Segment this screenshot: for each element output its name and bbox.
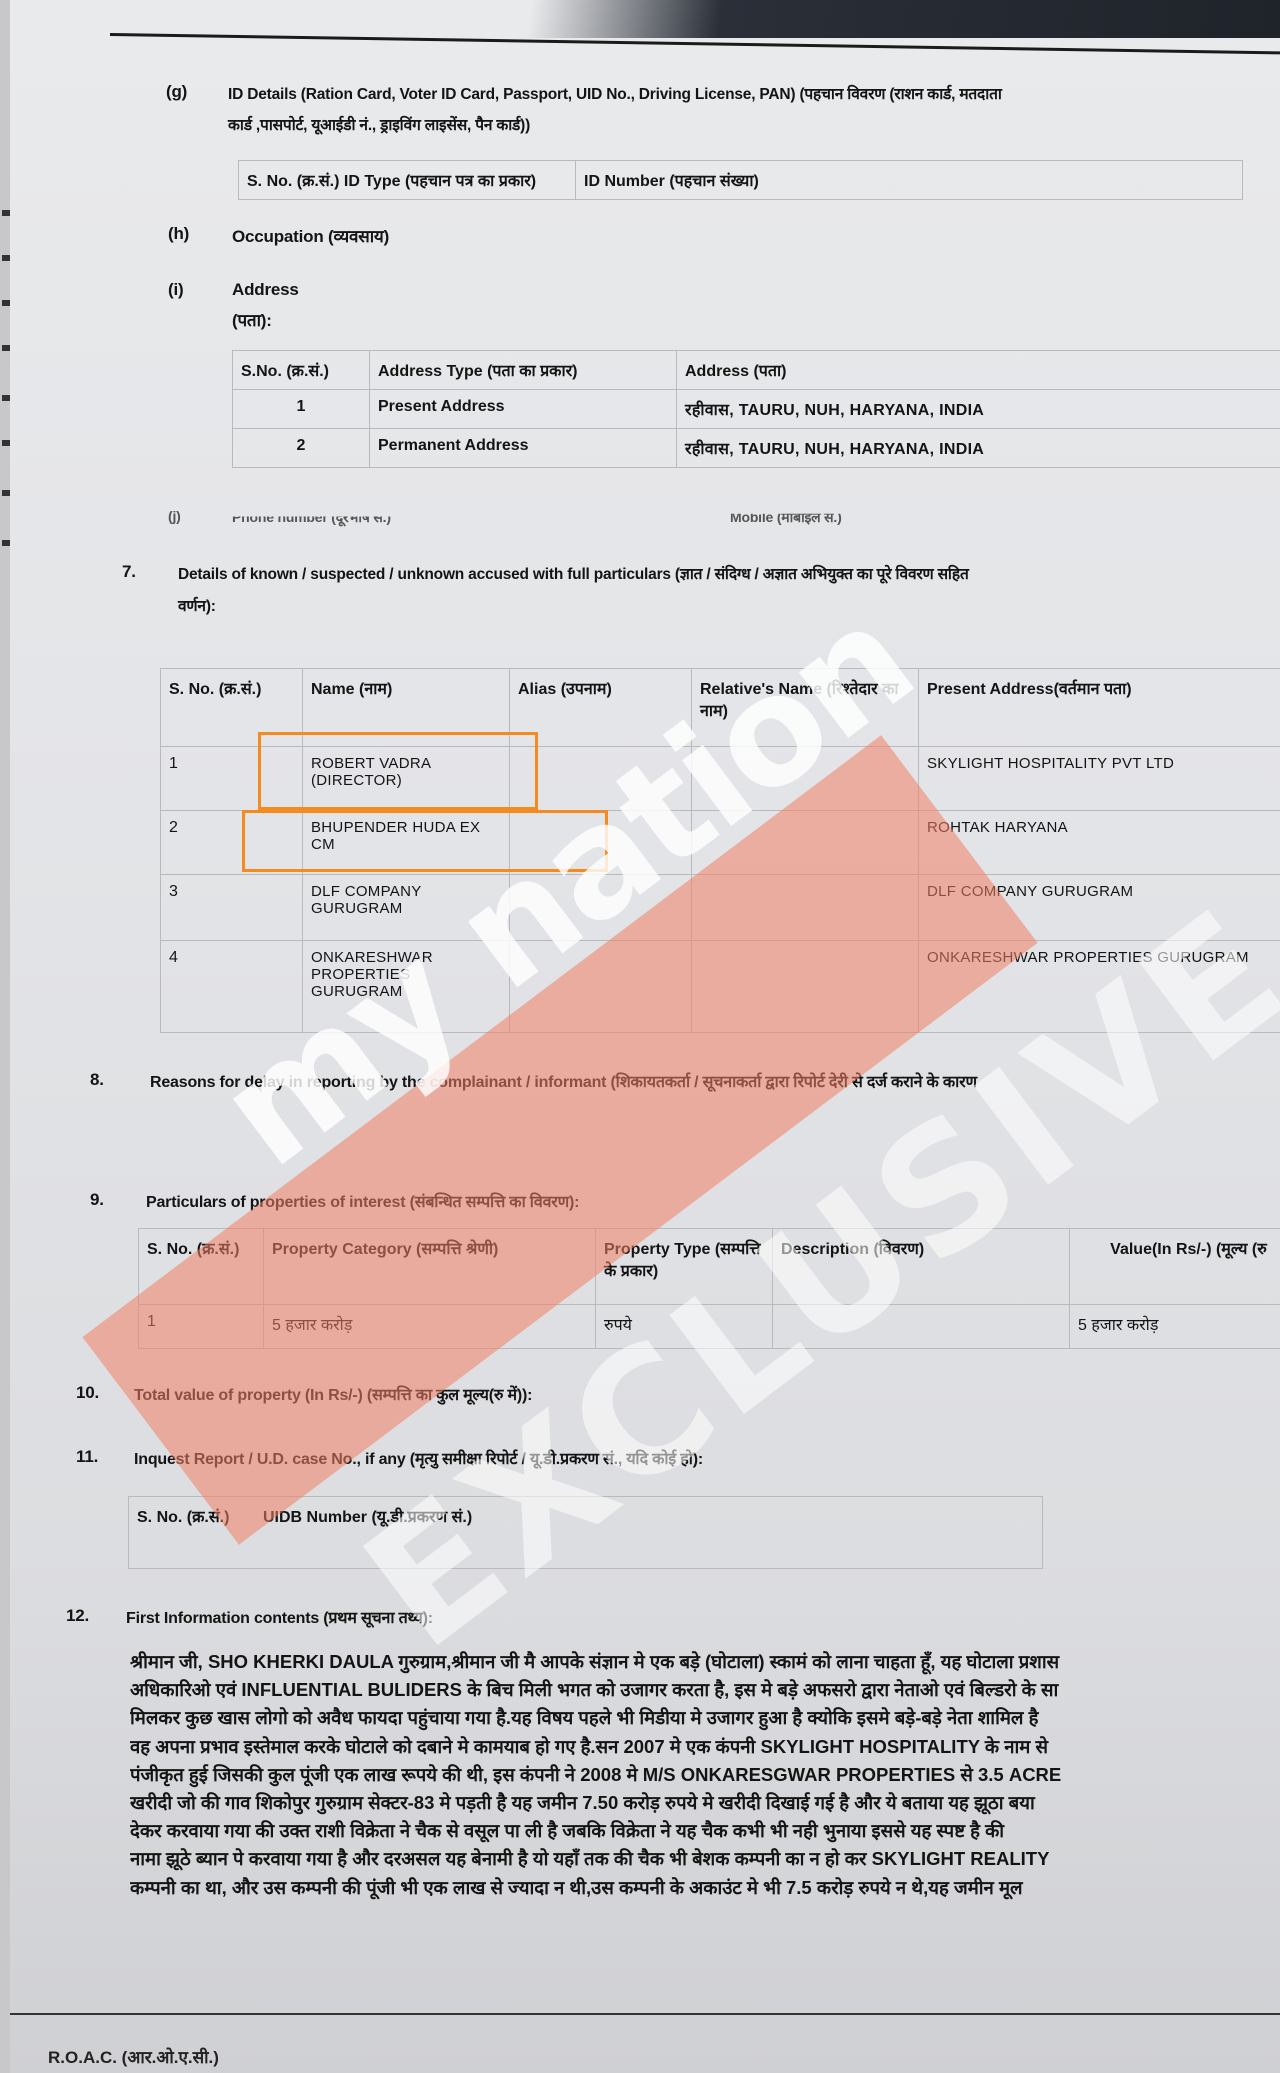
footer-label: R.O.A.C. (आर.ओ.ए.सी.) (48, 2045, 219, 2068)
cell-address-type: Permanent Address (370, 429, 677, 468)
section-i-label: Address (232, 280, 299, 300)
cell-address: ONKARESHWAR PROPERTIES GURUGRAM (919, 941, 1280, 1033)
table-row: 2 Permanent Address रहीवास, TAURU, NUH, … (233, 429, 1280, 468)
header-address-type: Address Type (पता का प्रकार) (370, 351, 677, 390)
cell-alias (510, 941, 692, 1033)
cell-alias (510, 875, 692, 941)
address-table: S.No. (क्र.सं.) Address Type (पता का प्र… (232, 350, 1280, 468)
section-g-label-line2: कार्ड ,पासपोर्ट, यूआईडी नं., ड्राइविंग ल… (228, 113, 530, 135)
section-9-number: 9. (90, 1190, 104, 1210)
cell-description (773, 1305, 1070, 1349)
table-row: 1 5 हजार करोड़ रुपये 5 हजार करोड़ (139, 1305, 1280, 1349)
mobile-label: Mobile (मोबाइल सं.) (730, 508, 842, 527)
header-sno: S. No. (क्र.सं.) (139, 1229, 264, 1305)
col-sno-idtype: S. No. (क्र.सं.) ID Type (पहचान पत्र का … (239, 161, 576, 200)
edge-mark (2, 300, 10, 306)
cell-value: 5 हजार करोड़ (1070, 1305, 1280, 1349)
header-sno: S. No. (क्र.सं.) (247, 173, 339, 190)
highlight-box-bhupender-huda (242, 810, 608, 872)
section-h-label: Occupation (व्यवसाय) (232, 224, 389, 247)
section-i-label-hindi: (पता): (232, 308, 272, 331)
fir-line: अधिकारिओ एवं INFLUENTIAL BULIDERS के बिच… (130, 1676, 1280, 1704)
cell-name: DLF COMPANY GURUGRAM (303, 875, 510, 941)
edge-mark (2, 395, 10, 401)
fir-line: पंजीकृत हुई जिसकी कुल पूंजी एक लाख रूपये… (130, 1761, 1280, 1789)
cell-sno: 2 (233, 429, 370, 468)
header-uidb-number: UIDB Number (यू.डी.प्रकरण सं.) (255, 1497, 1043, 1569)
table-row: 3 DLF COMPANY GURUGRAM DLF COMPANY GURUG… (161, 875, 1280, 941)
properties-table: S. No. (क्र.सं.) Property Category (सम्प… (138, 1228, 1280, 1349)
section-7-label: Details of known / suspected / unknown a… (178, 562, 969, 584)
table-row: 4 ONKARESHWAR PROPERTIES GURUGRAM ONKARE… (161, 941, 1280, 1033)
cell-address: SKYLIGHT HOSPITALITY PVT LTD (919, 747, 1280, 811)
section-j-marker: (j) (168, 508, 181, 524)
section-9-label: Particulars of properties of interest (स… (146, 1190, 579, 1212)
fir-line: वह अपना प्रभाव इस्तेमाल करके घोटाले को द… (130, 1733, 1280, 1761)
section-11-number: 11. (76, 1447, 98, 1467)
section-8-number: 8. (90, 1070, 104, 1090)
section-7-number: 7. (122, 562, 136, 582)
header-sno: S. No. (क्र.सं.) (129, 1497, 256, 1569)
section-12-label: First Information contents (प्रथम सूचना … (126, 1606, 433, 1628)
edge-mark (2, 255, 10, 261)
bottom-rule (10, 2013, 1280, 2015)
edge-mark (2, 490, 10, 496)
header-present-address: Present Address(वर्तमान पता) (919, 669, 1280, 747)
table-row: 1 Present Address रहीवास, TAURU, NUH, HA… (233, 390, 1280, 429)
edge-mark (2, 540, 10, 546)
header-value: Value(In Rs/-) (मूल्य (रु (1070, 1229, 1280, 1305)
cell-name: ONKARESHWAR PROPERTIES GURUGRAM (303, 941, 510, 1033)
cell-relative (692, 747, 919, 811)
cell-address: ROHTAK HARYANA (919, 811, 1280, 875)
cell-category: 5 हजार करोड़ (264, 1305, 596, 1349)
section-h-marker: (h) (168, 224, 189, 244)
section-i-marker: (i) (168, 280, 183, 300)
cell-address: DLF COMPANY GURUGRAM (919, 875, 1280, 941)
header-id-number: ID Number (पहचान संख्या) (576, 161, 1243, 200)
fir-line: नामा झूठे ब्यान पे करवाया गया है और दरअस… (130, 1845, 1280, 1873)
cell-sno: 3 (161, 875, 303, 941)
section-g-label: ID Details (Ration Card, Voter ID Card, … (228, 82, 1002, 104)
phone-number-label: Phone number (दूरभाष सं.) (232, 508, 391, 527)
cell-sno: 4 (161, 941, 303, 1033)
header-property-category: Property Category (सम्पत्ति श्रेणी) (264, 1229, 596, 1305)
cell-address-type: Present Address (370, 390, 677, 429)
cell-sno: 1 (233, 390, 370, 429)
inquest-table: S. No. (क्र.सं.) UIDB Number (यू.डी.प्रक… (128, 1496, 1043, 1569)
edge-mark (2, 345, 10, 351)
fir-line: श्रीमान जी, SHO KHERKI DAULA गुरुग्राम,श… (130, 1648, 1280, 1676)
fir-line: कम्पनी का था, और उस कम्पनी की पूंजी भी ए… (130, 1874, 1280, 1902)
cell-type: रुपये (596, 1305, 773, 1349)
cell-relative (692, 941, 919, 1033)
header-address: Address (पता) (677, 351, 1280, 390)
section-8-label: Reasons for delay in reporting by the co… (150, 1070, 977, 1092)
header-sno: S.No. (क्र.सं.) (233, 351, 370, 390)
cell-address: रहीवास, TAURU, NUH, HARYANA, INDIA (677, 429, 1280, 468)
section-11-label: Inquest Report / U.D. case No., if any (… (134, 1447, 703, 1469)
header-relative-name: Relative's Name (रिश्तेदार का नाम) (692, 669, 919, 747)
fir-document-page: (g) ID Details (Ration Card, Voter ID Ca… (10, 0, 1280, 2073)
section-12-number: 12. (66, 1606, 89, 1626)
highlight-box-robert-vadra (258, 732, 538, 810)
section-7-label-line2: वर्णन): (178, 594, 216, 616)
header-id-type: ID Type (पहचान पत्र का प्रकार) (344, 173, 536, 190)
fir-line: देकर करवाया गया की उक्त राशी विक्रेता ने… (130, 1817, 1280, 1845)
cell-relative (692, 811, 919, 875)
cell-address: रहीवास, TAURU, NUH, HARYANA, INDIA (677, 390, 1280, 429)
section-10-label: Total value of property (In Rs/-) (सम्पत… (134, 1383, 532, 1405)
section-g-marker: (g) (166, 82, 187, 102)
first-information-contents: श्रीमान जी, SHO KHERKI DAULA गुरुग्राम,श… (130, 1648, 1280, 1902)
cell-sno: 1 (139, 1305, 264, 1349)
header-description: Description (विवरण) (773, 1229, 1070, 1305)
fir-line: मिलकर कुछ खास लोगो को अवैध फायदा पहुंचाय… (130, 1704, 1280, 1732)
edge-mark (2, 440, 10, 446)
id-details-table: S. No. (क्र.सं.) ID Type (पहचान पत्र का … (238, 160, 1243, 200)
background-shadow (527, 0, 1280, 38)
header-property-type: Property Type (सम्पत्ति के प्रकार) (596, 1229, 773, 1305)
fir-line: खरीदी जो की गाव शिकोपुर गुरुग्राम सेक्टर… (130, 1789, 1280, 1817)
cell-relative (692, 875, 919, 941)
edge-mark (2, 210, 10, 216)
section-10-number: 10. (76, 1383, 99, 1403)
